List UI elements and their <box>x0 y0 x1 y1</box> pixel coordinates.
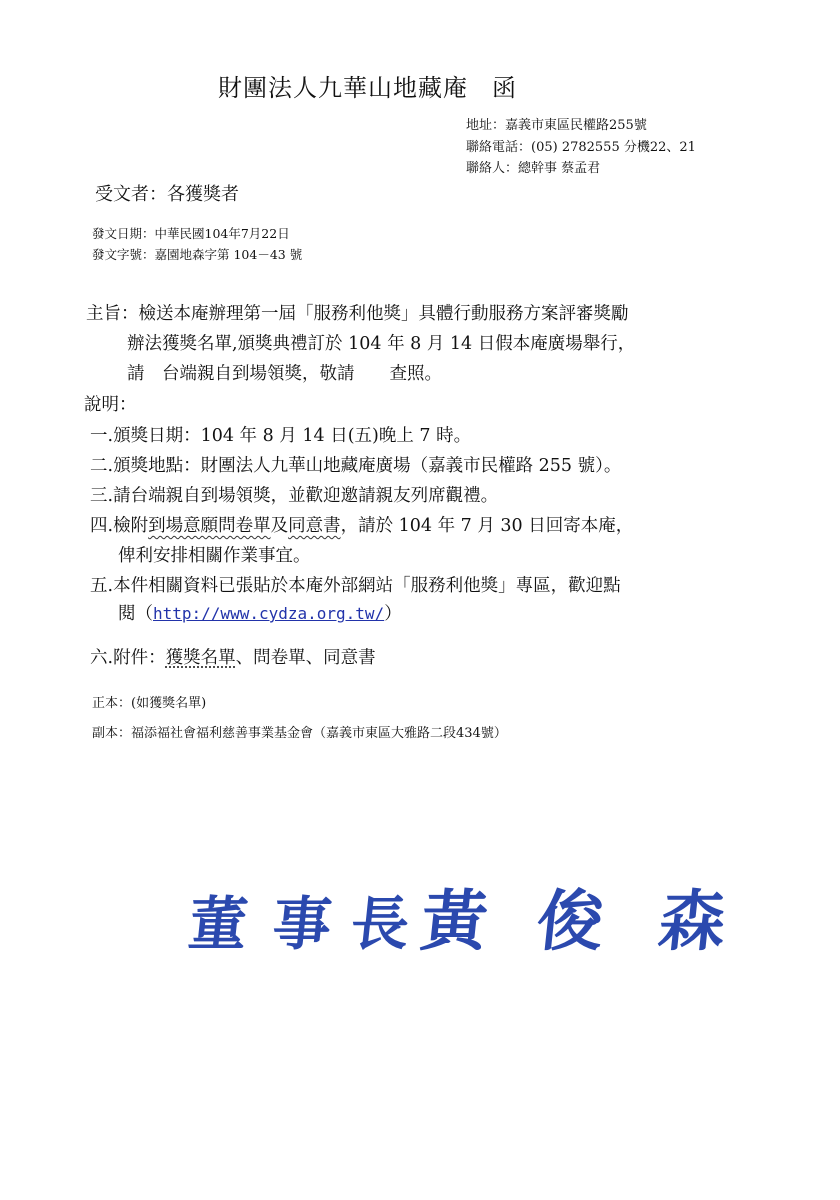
winner-list-mark: 獲獎名單 <box>166 648 236 668</box>
explanation-item-5: 五.本件相關資料已張貼於本庵外部網站「服務利他獎」專區，歡迎點 <box>90 572 621 597</box>
contact-phone: 聯絡電話：(05) 2782555 分機22、21 <box>466 136 696 155</box>
item-number: 二. <box>90 456 113 476</box>
explanation-item-3: 三.請台端親自到場領獎，並歡迎邀請親友列席觀禮。 <box>90 482 498 507</box>
subject-label: 主旨： <box>86 304 139 324</box>
attachment-list: 、問卷單、同意書 <box>236 648 376 668</box>
subject-line-2: 辦法獲獎名單,頒獎典禮訂於 104 年 8 月 14 日假本庵廣場舉行， <box>127 330 635 355</box>
questionnaire-mark: 到場意願問卷單 <box>148 516 271 536</box>
item-text: ，請於 104 年 7 月 30 日回寄本庵， <box>341 516 634 536</box>
subject-text-1: 檢送本庵辦理第一屆「服務利他獎」具體行動服務方案評審獎勵 <box>139 304 629 324</box>
attachment-label: 附件： <box>113 648 166 668</box>
duplicate-copy: 副本：福添福社會福利慈善事業基金會（嘉義市東區大雅路二段434號） <box>92 722 507 741</box>
original-copy: 正本：(如獲獎名單) <box>92 692 206 711</box>
item-text: 頒獎日期：104 年 8 月 14 日(五)晚上 7 時。 <box>113 426 471 446</box>
signature-char: 黃 <box>417 868 493 963</box>
item-text: ） <box>384 604 402 624</box>
item-text: 檢附 <box>113 516 148 536</box>
item-text: 本件相關資料已張貼於本庵外部網站「服務利他獎」專區，歡迎點 <box>113 576 621 596</box>
subject-line-1: 主旨：檢送本庵辦理第一屆「服務利他獎」具體行動服務方案評審獎勵 <box>86 300 629 325</box>
explanation-item-4: 四.檢附到場意願問卷單及同意書，請於 104 年 7 月 30 日回寄本庵， <box>90 512 633 537</box>
item-number: 四. <box>90 516 113 536</box>
document-title: 財團法人九華山地藏庵函 <box>218 68 517 103</box>
item-number: 五. <box>90 576 113 596</box>
item-number: 三. <box>90 486 113 506</box>
consent-form-mark: 同意書 <box>288 516 341 536</box>
explanation-item-1: 一.頒獎日期：104 年 8 月 14 日(五)晚上 7 時。 <box>90 422 471 447</box>
website-link[interactable]: http://www.cydza.org.tw/ <box>153 604 384 623</box>
explanation-label: 說明： <box>84 391 137 416</box>
contact-person: 聯絡人：總幹事 蔡孟君 <box>466 157 600 176</box>
item-text: 頒獎地點：財團法人九華山地藏庵廣場（嘉義市民權路 255 號）。 <box>113 456 621 476</box>
explanation-item-5-cont: 閱（http://www.cydza.org.tw/） <box>118 600 402 625</box>
explanation-item-4-cont: 俾利安排相關作業事宜。 <box>118 542 311 567</box>
item-text: 及 <box>271 516 289 536</box>
signature-stamp: 董事長黃俊森 <box>185 868 731 963</box>
signature-char: 森 <box>655 868 731 963</box>
signature-char: 事 <box>269 877 336 961</box>
explanation-item-6: 六.附件：獲獎名單、問卷單、同意書 <box>90 644 376 669</box>
subject-line-3: 請 台端親自到場領獎，敬請 查照。 <box>127 360 442 385</box>
item-number: 一. <box>90 426 113 446</box>
contact-address: 地址：嘉義市東區民權路255號 <box>466 114 647 133</box>
item-text: 閱（ <box>118 604 153 624</box>
item-number: 六. <box>90 648 113 668</box>
recipient: 受文者：各獲獎者 <box>95 180 239 206</box>
issue-number: 發文字號：嘉園地森字第 104－43 號 <box>92 245 302 263</box>
signature-char: 董 <box>185 877 252 961</box>
organization-name: 財團法人九華山地藏庵 <box>218 74 468 102</box>
signature-char: 長 <box>347 877 414 961</box>
signature-char: 俊 <box>533 868 609 963</box>
item-text: 請台端親自到場領獎，並歡迎邀請親友列席觀禮。 <box>113 486 498 506</box>
document-type: 函 <box>492 74 517 102</box>
issue-date: 發文日期：中華民國104年7月22日 <box>92 224 290 242</box>
explanation-item-2: 二.頒獎地點：財團法人九華山地藏庵廣場（嘉義市民權路 255 號）。 <box>90 452 621 477</box>
